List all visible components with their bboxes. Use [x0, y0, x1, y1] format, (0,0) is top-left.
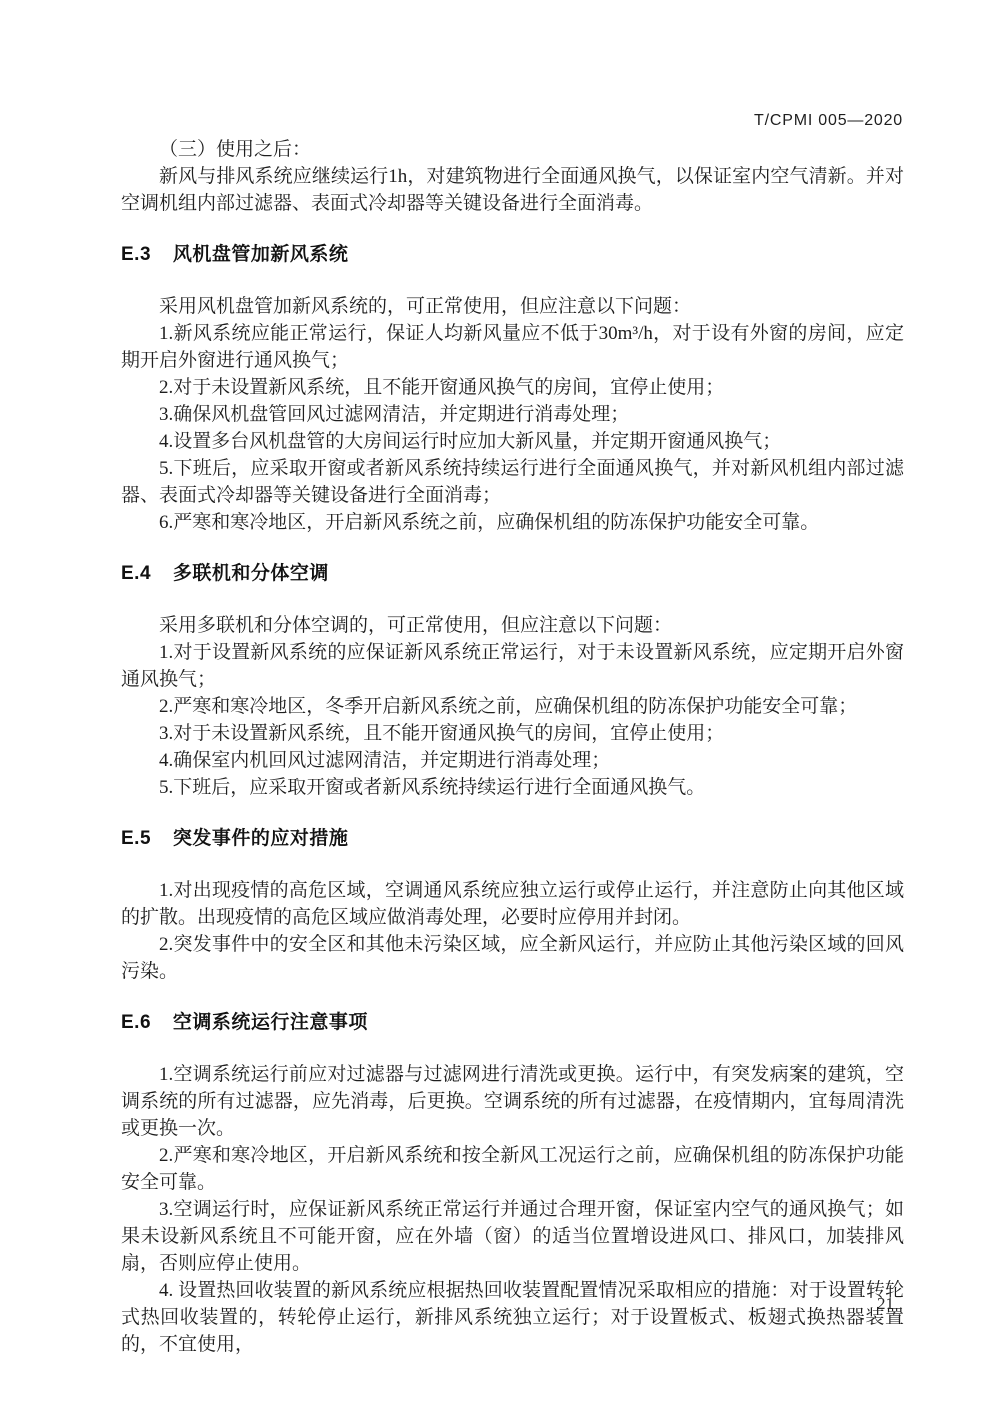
- section-title-e6: 空调系统运行注意事项: [173, 1012, 368, 1033]
- paragraph: 2.对于未设置新风系统，且不能开窗通风换气的房间，宜停止使用；: [121, 374, 904, 401]
- paragraph: 1.新风系统应能正常运行，保证人均新风量应不低于30m³/h，对于设有外窗的房间…: [121, 320, 904, 374]
- document-content: （三）使用之后： 新风与排风系统应继续运行1h，对建筑物进行全面通风换气，以保证…: [121, 136, 904, 1358]
- section-id-e4: E.4: [121, 563, 151, 584]
- paragraph: 1.空调系统运行前应对过滤器与过滤网进行清洗或更换。运行中，有突发病案的建筑，空…: [121, 1061, 904, 1142]
- intro-paragraph: 新风与排风系统应继续运行1h，对建筑物进行全面通风换气，以保证室内空气清新。并对…: [121, 163, 904, 217]
- paragraph: 3.对于未设置新风系统，且不能开窗通风换气的房间，宜停止使用；: [121, 720, 904, 747]
- section-heading-e6: E.6 空调系统运行注意事项: [121, 1009, 904, 1036]
- paragraph: 1.对于设置新风系统的应保证新风系统正常运行，对于未设置新风系统，应定期开启外窗…: [121, 639, 904, 693]
- section-id-e3: E.3: [121, 244, 151, 265]
- paragraph: 4.确保室内机回风过滤网清洁，并定期进行消毒处理；: [121, 747, 904, 774]
- paragraph: 3.确保风机盘管回风过滤网清洁，并定期进行消毒处理；: [121, 401, 904, 428]
- running-header: T/CPMI 005—2020: [754, 112, 903, 130]
- paragraph: 4.设置多台风机盘管的大房间运行时应加大新风量，并定期开窗通风换气；: [121, 428, 904, 455]
- section-title-e4: 多联机和分体空调: [173, 563, 329, 584]
- page-number: 21: [877, 1294, 894, 1314]
- paragraph: 3.空调运行时，应保证新风系统正常运行并通过合理开窗，保证室内空气的通风换气；如…: [121, 1196, 904, 1277]
- section-id-e6: E.6: [121, 1012, 151, 1033]
- paragraph: 5.下班后，应采取开窗或者新风系统持续运行进行全面通风换气，并对新风机组内部过滤…: [121, 455, 904, 509]
- paragraph: 6.严寒和寒冷地区，开启新风系统之前，应确保机组的防冻保护功能安全可靠。: [121, 509, 904, 536]
- paragraph: 1.对出现疫情的高危区域，空调通风系统应独立运行或停止运行，并注意防止向其他区域…: [121, 877, 904, 931]
- paragraph: 4. 设置热回收装置的新风系统应根据热回收装置配置情况采取相应的措施：对于设置转…: [121, 1277, 904, 1358]
- list-subheading: （三）使用之后：: [121, 136, 904, 163]
- paragraph: 2.严寒和寒冷地区，冬季开启新风系统之前，应确保机组的防冻保护功能安全可靠；: [121, 693, 904, 720]
- section-heading-e5: E.5 突发事件的应对措施: [121, 825, 904, 852]
- standard-number: T/CPMI 005—2020: [754, 112, 903, 129]
- paragraph: 2.突发事件中的安全区和其他未污染区域，应全新风运行，并应防止其他污染区域的回风…: [121, 931, 904, 985]
- paragraph: 采用多联机和分体空调的，可正常使用，但应注意以下问题：: [121, 612, 904, 639]
- section-heading-e3: E.3 风机盘管加新风系统: [121, 241, 904, 268]
- section-title-e3: 风机盘管加新风系统: [173, 244, 349, 265]
- section-id-e5: E.5: [121, 828, 151, 849]
- paragraph: 5.下班后，应采取开窗或者新风系统持续运行进行全面通风换气。: [121, 774, 904, 801]
- document-page: T/CPMI 005—2020 （三）使用之后： 新风与排风系统应继续运行1h，…: [0, 0, 1000, 1414]
- paragraph: 2.严寒和寒冷地区，开启新风系统和按全新风工况运行之前，应确保机组的防冻保护功能…: [121, 1142, 904, 1196]
- section-title-e5: 突发事件的应对措施: [173, 828, 349, 849]
- section-heading-e4: E.4 多联机和分体空调: [121, 560, 904, 587]
- paragraph: 采用风机盘管加新风系统的，可正常使用，但应注意以下问题：: [121, 293, 904, 320]
